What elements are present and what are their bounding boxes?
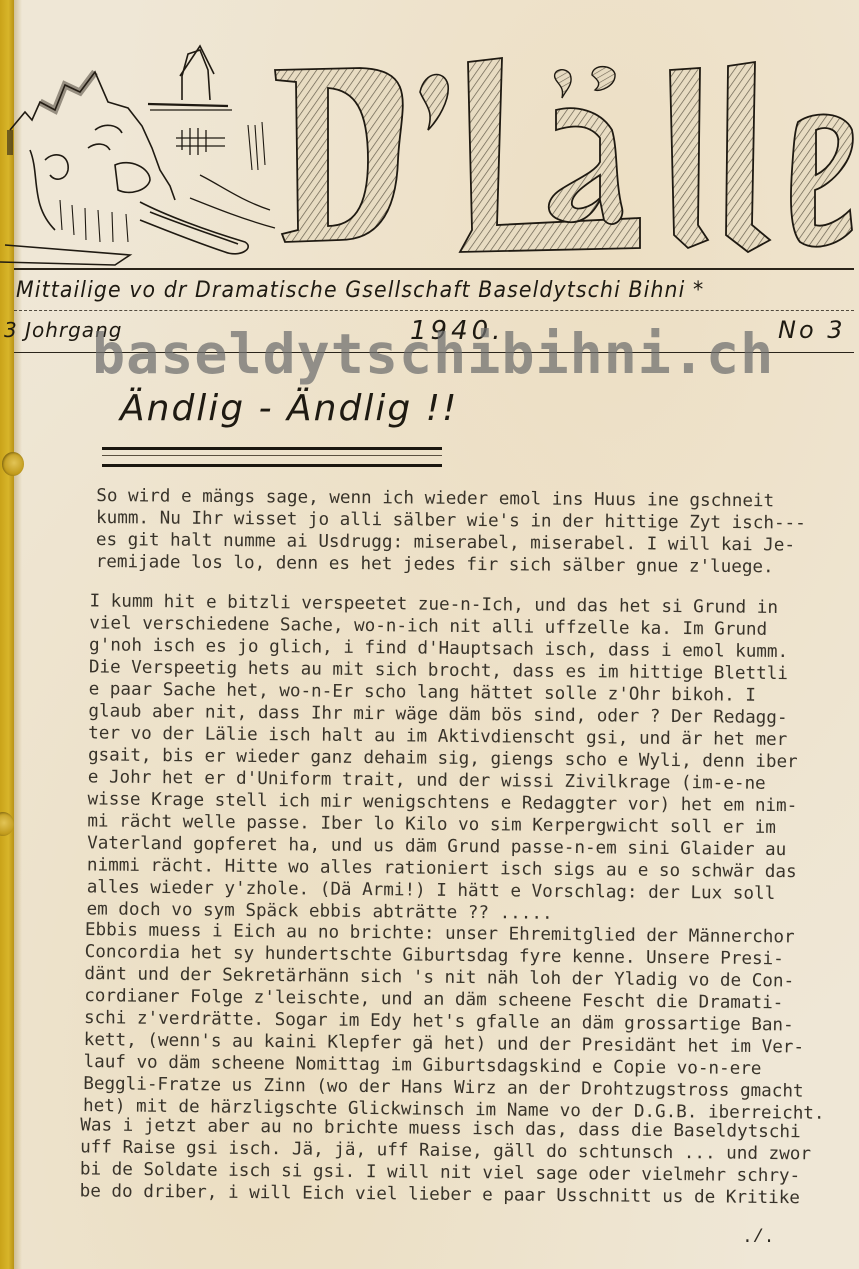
header-rule <box>14 268 854 270</box>
headline-underline <box>102 464 442 467</box>
title-letter-l <box>670 68 708 248</box>
issue-number: No 3 <box>778 316 846 344</box>
masthead-artwork <box>0 30 859 270</box>
article-paragraph: Ebbis muess i Eich au no brichte: unser … <box>83 919 845 1125</box>
watermark: baseldytschibihni.ch <box>92 322 774 386</box>
title-letter-a-umlaut <box>549 108 623 224</box>
article-paragraph: Was i jetzt aber au no brichte muess isc… <box>80 1114 841 1209</box>
title-letter-l <box>726 62 770 252</box>
paragraph-text: I kumm hit e bitzli verspeetet zue-n-Ich… <box>86 590 849 927</box>
paragraph-text: Was i jetzt aber au no brichte muess isc… <box>80 1114 841 1209</box>
headline-underline <box>102 447 442 450</box>
article-paragraph: I kumm hit e bitzli verspeetet zue-n-Ich… <box>86 590 849 927</box>
paragraph-text: Ebbis muess i Eich au no brichte: unser … <box>83 919 845 1125</box>
paragraph-text: So wird e mängs sage, wenn ich wieder em… <box>96 485 857 579</box>
article-headline: Ändlig - Ändlig !! <box>120 388 458 429</box>
masthead <box>0 30 859 270</box>
continued-mark: ./. <box>742 1228 774 1248</box>
punch-hole <box>2 452 24 476</box>
title-letter-D <box>275 68 403 242</box>
title-apostrophe <box>420 75 448 130</box>
header-rule <box>14 310 854 311</box>
title-letter-e <box>791 114 853 246</box>
headline-underline <box>102 455 442 456</box>
caricature-head-icon <box>0 46 275 265</box>
article-paragraph: So wird e mängs sage, wenn ich wieder em… <box>96 485 857 579</box>
masthead-subtitle: Mittailige vo dr Dramatische Gsellschaft… <box>16 278 704 303</box>
